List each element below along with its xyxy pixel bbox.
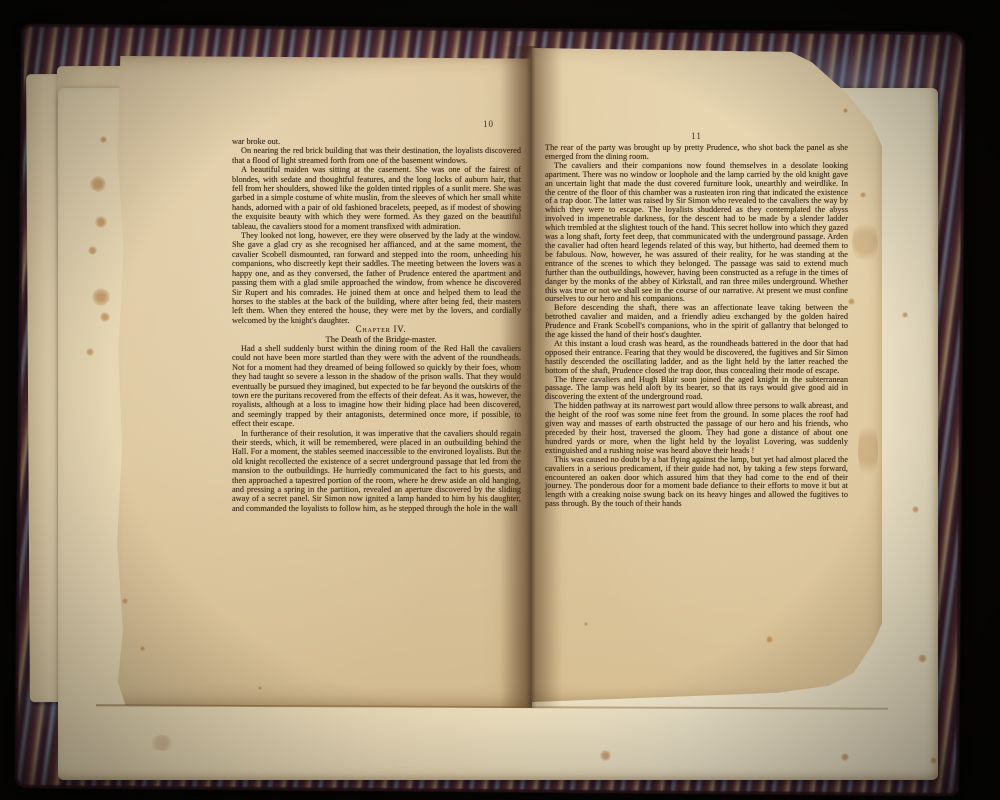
- paragraph: On nearing the red brick building that w…: [232, 146, 521, 165]
- paragraph: A beautiful maiden was sitting at the ca…: [232, 165, 521, 231]
- paragraph: Had a shell suddenly burst within the di…: [232, 344, 521, 429]
- paragraph: In furtherance of their resolution, it w…: [232, 429, 521, 514]
- right-page-number: 11: [545, 131, 848, 141]
- right-page: 11 The rear of the party was brought up …: [532, 48, 882, 702]
- chapter-subtitle: The Death of the Bridge-master.: [232, 335, 521, 344]
- paragraph: The hidden pathway at its narrowest part…: [545, 402, 848, 455]
- paragraph: This was caused no doubt by a bat flying…: [545, 456, 848, 509]
- left-page-text: war broke out. On nearing the red brick …: [232, 137, 521, 513]
- paragraph: war broke out.: [232, 137, 521, 146]
- paragraph: The three cavaliers and Hugh Blair soon …: [545, 376, 848, 403]
- paragraph: The cavaliers and their companions now f…: [545, 162, 848, 305]
- paragraph: They looked not long, however, ere they …: [232, 231, 521, 325]
- right-page-text: The rear of the party was brought up by …: [545, 144, 848, 509]
- paragraph: Before descending the shaft, there was a…: [545, 304, 848, 340]
- photo-backdrop: 10 war broke out. On nearing the red bri…: [0, 0, 1000, 800]
- paragraph: At this instant a loud crash was heard, …: [545, 340, 848, 376]
- paragraph: The rear of the party was brought up by …: [545, 144, 848, 162]
- left-page: 10 war broke out. On nearing the red bri…: [112, 56, 532, 708]
